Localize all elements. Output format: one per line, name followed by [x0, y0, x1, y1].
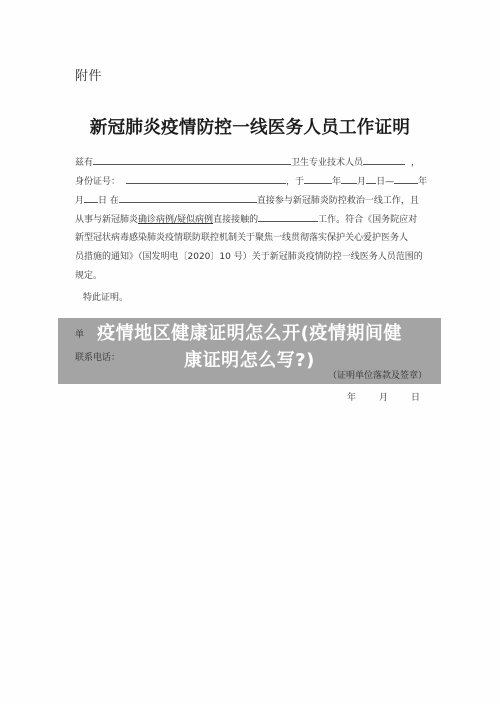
document-page: 附件 新冠肺炎疫情防控一线医务人员工作证明 兹有卫生专业技术人员， 身份证号：，… — [0, 0, 500, 704]
work-type-blank — [258, 212, 318, 222]
month-label-2: 月 — [75, 196, 84, 206]
line4-prefix: 从事与新冠肺炎 — [75, 215, 138, 225]
date-month-label: 月 — [379, 390, 388, 403]
form-line-2: 身份证号：，于年月日—年 — [75, 174, 425, 188]
start-day-blank — [366, 174, 376, 184]
end-year-blank — [394, 174, 418, 184]
document-title: 新冠肺炎疫情防控一线医务人员工作证明 — [0, 114, 500, 139]
line1-prefix: 兹有 — [75, 158, 93, 168]
line1-suffix: ， — [411, 158, 420, 168]
form-line-3: 月日 在直接参与新冠肺炎防控救治一线工作，且 — [75, 193, 425, 207]
start-year-blank — [304, 174, 332, 184]
line2-prefix: 身份证号： — [75, 177, 120, 187]
attachment-label: 附件 — [75, 65, 102, 84]
form-line-1: 兹有卫生专业技术人员， — [75, 155, 425, 169]
certify-text: 特此证明。 — [83, 292, 433, 304]
form-line-5: 新型冠状病毒感染肺炎疫情联防联控机制关于聚焦一线贯彻落实保护关心爱护医务人 — [75, 232, 425, 244]
workplace-blank — [119, 193, 257, 203]
form-line-4: 从事与新冠肺炎确诊病例/疑似病例直接接触的工作。符合《国务院应对 — [75, 212, 425, 226]
line4-suffix: 工作。符合《国务院应对 — [318, 215, 417, 225]
line3-suffix: 直接参与新冠肺炎防控救治一线工作，且 — [257, 196, 419, 206]
year-label-2: 年 — [418, 177, 427, 187]
overlay-title-line-2: 康证明怎么写?) — [58, 347, 441, 374]
end-month-blank — [84, 193, 98, 203]
day-at-label: 日 在 — [98, 196, 119, 206]
title-overlay-banner: 单 联系电话： （证明单位落款及签章） 疫情地区健康证明怎么开(疫情期间健 康证… — [58, 318, 441, 384]
overlay-title-line-1: 疫情地区健康证明怎么开(疫情期间健 — [58, 320, 441, 347]
day-label: 日— — [376, 177, 394, 187]
form-line-6: 员措施的通知》（国发明电〔2020〕10 号）关于新冠肺炎疫情防控一线医务人员范… — [75, 251, 425, 263]
date-year-label: 年 — [347, 390, 356, 403]
title-blank — [363, 155, 405, 165]
month-label: 月 — [357, 177, 366, 187]
line4-middle: 直接接触的 — [213, 215, 258, 225]
line1-middle: 卫生专业技术人员 — [291, 158, 363, 168]
year-label: 年 — [332, 177, 341, 187]
form-line-7: 规定。 — [75, 270, 425, 282]
line2-yu: ，于 — [286, 177, 304, 187]
date-day-label: 日 — [411, 390, 420, 403]
id-number-blank — [126, 174, 286, 184]
name-blank — [93, 155, 291, 165]
case-type-underlined: 确诊病例/疑似病例 — [138, 215, 213, 225]
start-month-blank — [341, 174, 357, 184]
overlay-title: 疫情地区健康证明怎么开(疫情期间健 康证明怎么写?) — [58, 320, 441, 374]
